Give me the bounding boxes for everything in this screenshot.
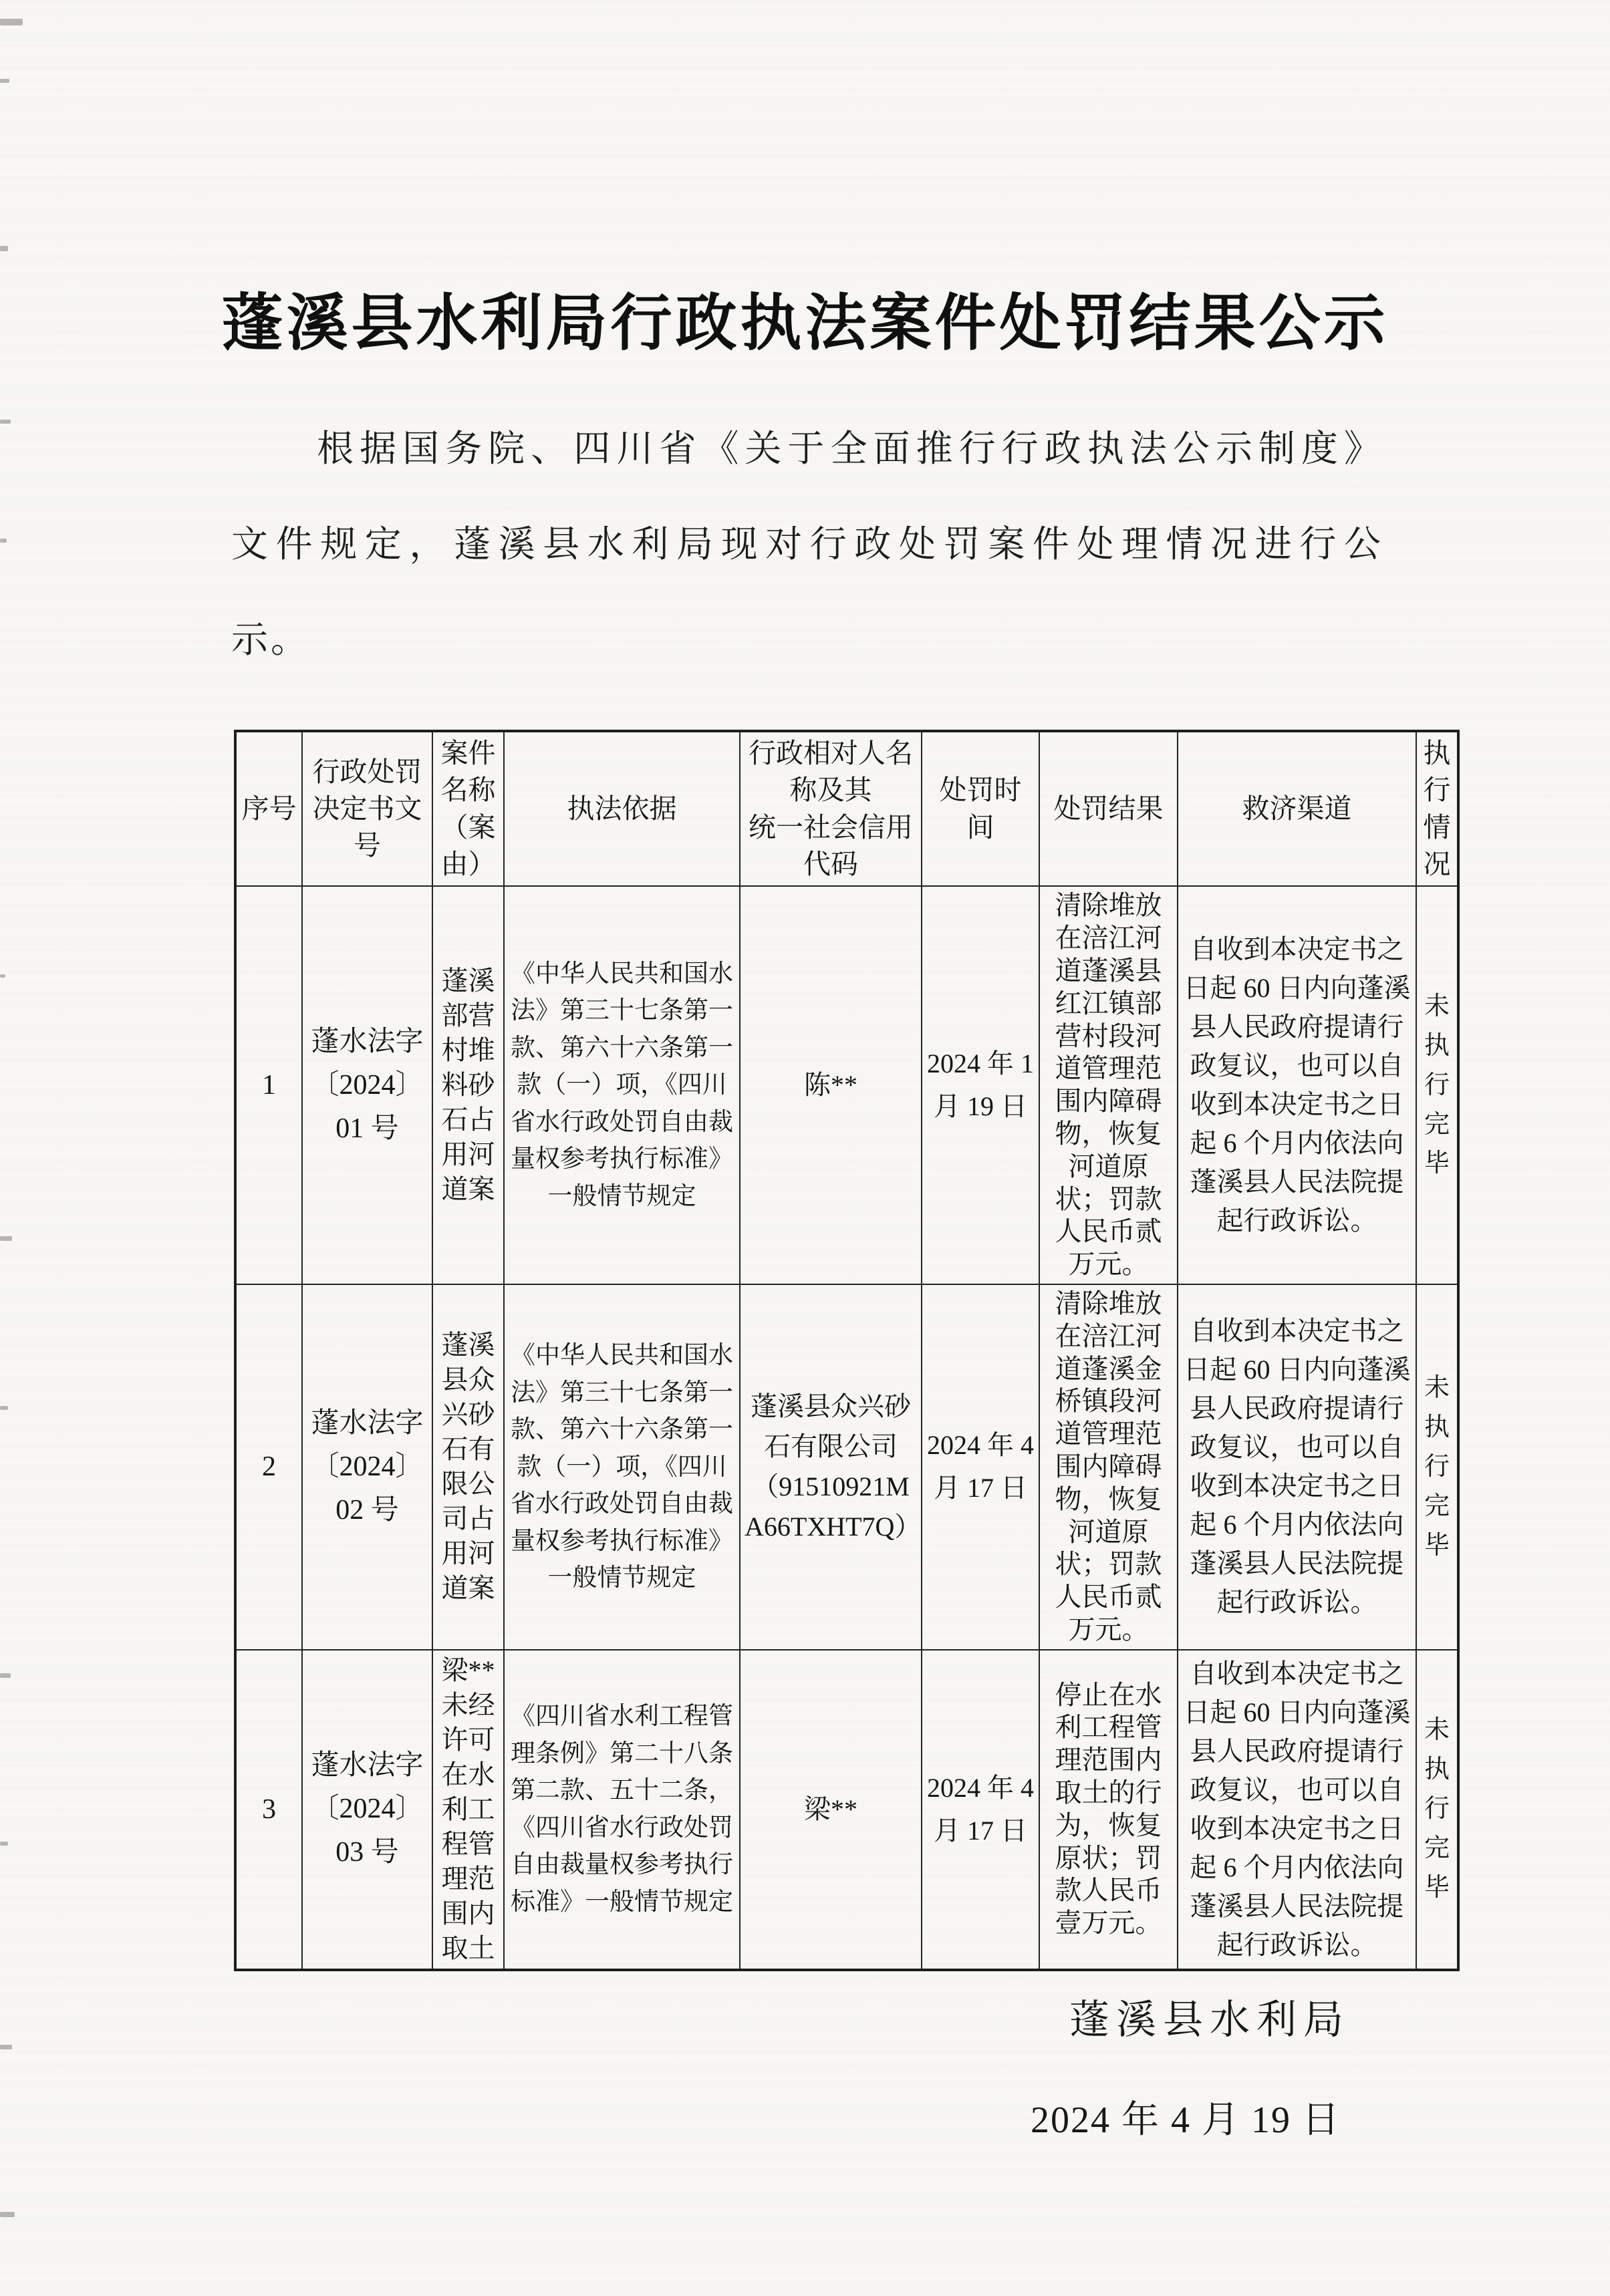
row2-execution: 未执行完毕 [1416,1284,1458,1650]
intro-paragraph: 根据国务院、四川省《关于全面推行行政执法公示制度》 文件规定，蓬溪县水利局现对行… [231,401,1383,688]
row1-execution: 未执行完毕 [1416,886,1458,1284]
signature-date: 2024 年 4 月 19 日 [1031,2090,1341,2144]
col-header-remedy: 救济渠道 [1178,731,1416,886]
row3-legal-basis: 《四川省水利工程管理条例》第二十八条第二款、五十二条，《四川省水行政处罚自由裁量… [504,1650,740,1970]
scan-artifact [0,974,5,978]
col-header-doc-no: 行政处罚决定书文号 [302,731,432,886]
table-row: 2 蓬水法字〔2024〕02 号 蓬溪县众兴砂石有限公司占用河道案 《中华人民共… [235,1284,1458,1650]
scan-artifact [0,1842,8,1846]
scan-artifact [0,19,23,25]
row2-case-name: 蓬溪县众兴砂石有限公司占用河道案 [432,1284,504,1650]
col-header-execution: 执行情况 [1416,731,1458,886]
signature-organization: 蓬溪县水利局 [1069,1988,1350,2045]
col-header-penalty-date: 处罚时间 [922,731,1039,886]
scan-artifact [0,1673,11,1678]
row3-case-name: 梁**未经许可在水利工程管理范围内取土 [432,1650,504,1970]
row2-seq: 2 [235,1284,302,1650]
col-header-seq: 序号 [235,731,302,886]
scan-artifact [0,2045,12,2049]
scan-artifact [0,246,8,251]
row3-doc-no: 蓬水法字〔2024〕03 号 [302,1650,432,1970]
row1-legal-basis: 《中华人民共和国水法》第三十七条第一款、第六十六条第一款（一）项，《四川省水行政… [504,886,740,1284]
col-header-party: 行政相对人名称及其 统一社会信用代码 [740,731,922,886]
document-title: 蓬溪县水利局行政执法案件处罚结果公示 [0,274,1610,362]
row1-case-name: 蓬溪部营村堆料砂石占用河道案 [432,886,504,1284]
scanned-document-page: { "document": { "title": "蓬溪县水利局行政执法案件处罚… [0,0,1610,2296]
scan-artifact [0,1236,12,1241]
row2-party: 蓬溪县众兴砂石有限公司 （91510921M A66TXHT7Q） [740,1284,922,1650]
row1-penalty-date: 2024 年 1 月 19 日 [922,886,1039,1284]
table-header-row: 序号 行政处罚决定书文号 案件名称（案由） 执法依据 行政相对人名称及其 统一社… [235,731,1458,886]
row2-penalty-result: 清除堆放在涪江河道蓬溪金桥镇段河道管理范围内障碍物，恢复河道原状；罚款人民币贰万… [1039,1284,1178,1650]
row2-penalty-date: 2024 年 4 月 17 日 [922,1284,1039,1650]
row1-penalty-result: 清除堆放在涪江河道蓬溪县红江镇部营村段河道管理范围内障碍物，恢复河道原状；罚款人… [1039,886,1178,1284]
row3-seq: 3 [235,1650,302,1970]
intro-line-1: 根据国务院、四川省《关于全面推行行政执法公示制度》 [231,401,1383,496]
row3-party: 梁** [740,1650,922,1970]
intro-line-3: 示。 [231,592,1383,688]
row3-penalty-result: 停止在水利工程管理范围内取土的行为，恢复原状；罚款人民币壹万元。 [1039,1650,1178,1970]
penalty-results-table: 序号 行政处罚决定书文号 案件名称（案由） 执法依据 行政相对人名称及其 统一社… [234,730,1460,1971]
row1-doc-no: 蓬水法字〔2024〕01 号 [302,886,432,1284]
scan-artifact [0,79,9,83]
row3-execution: 未执行完毕 [1416,1650,1458,1970]
row2-remedy: 自收到本决定书之日起 60 日内向蓬溪县人民政府提请行政复议，也可以自收到本决定… [1178,1284,1416,1650]
col-header-penalty-result: 处罚结果 [1039,731,1178,886]
intro-line-2: 文件规定，蓬溪县水利局现对行政处罚案件处理情况进行公 [231,496,1383,592]
row2-doc-no: 蓬水法字〔2024〕02 号 [302,1284,432,1650]
scan-artifact [0,420,11,424]
col-header-case-name: 案件名称（案由） [432,731,504,886]
row3-penalty-date: 2024 年 4 月 17 日 [922,1650,1039,1970]
table-row: 3 蓬水法字〔2024〕03 号 梁**未经许可在水利工程管理范围内取土 《四川… [235,1650,1458,1970]
row1-remedy: 自收到本决定书之日起 60 日内向蓬溪县人民政府提请行政复议，也可以自收到本决定… [1178,886,1416,1284]
scan-artifact [0,1406,8,1410]
row1-seq: 1 [235,886,302,1284]
row1-party: 陈** [740,886,922,1284]
scan-artifact [0,539,7,543]
row2-legal-basis: 《中华人民共和国水法》第三十七条第一款、第六十六条第一款（一）项，《四川省水行政… [504,1284,740,1650]
row3-remedy: 自收到本决定书之日起 60 日内向蓬溪县人民政府提请行政复议，也可以自收到本决定… [1178,1650,1416,1970]
scan-artifact [0,2212,15,2217]
table-row: 1 蓬水法字〔2024〕01 号 蓬溪部营村堆料砂石占用河道案 《中华人民共和国… [235,886,1458,1284]
col-header-legal-basis: 执法依据 [504,731,740,886]
